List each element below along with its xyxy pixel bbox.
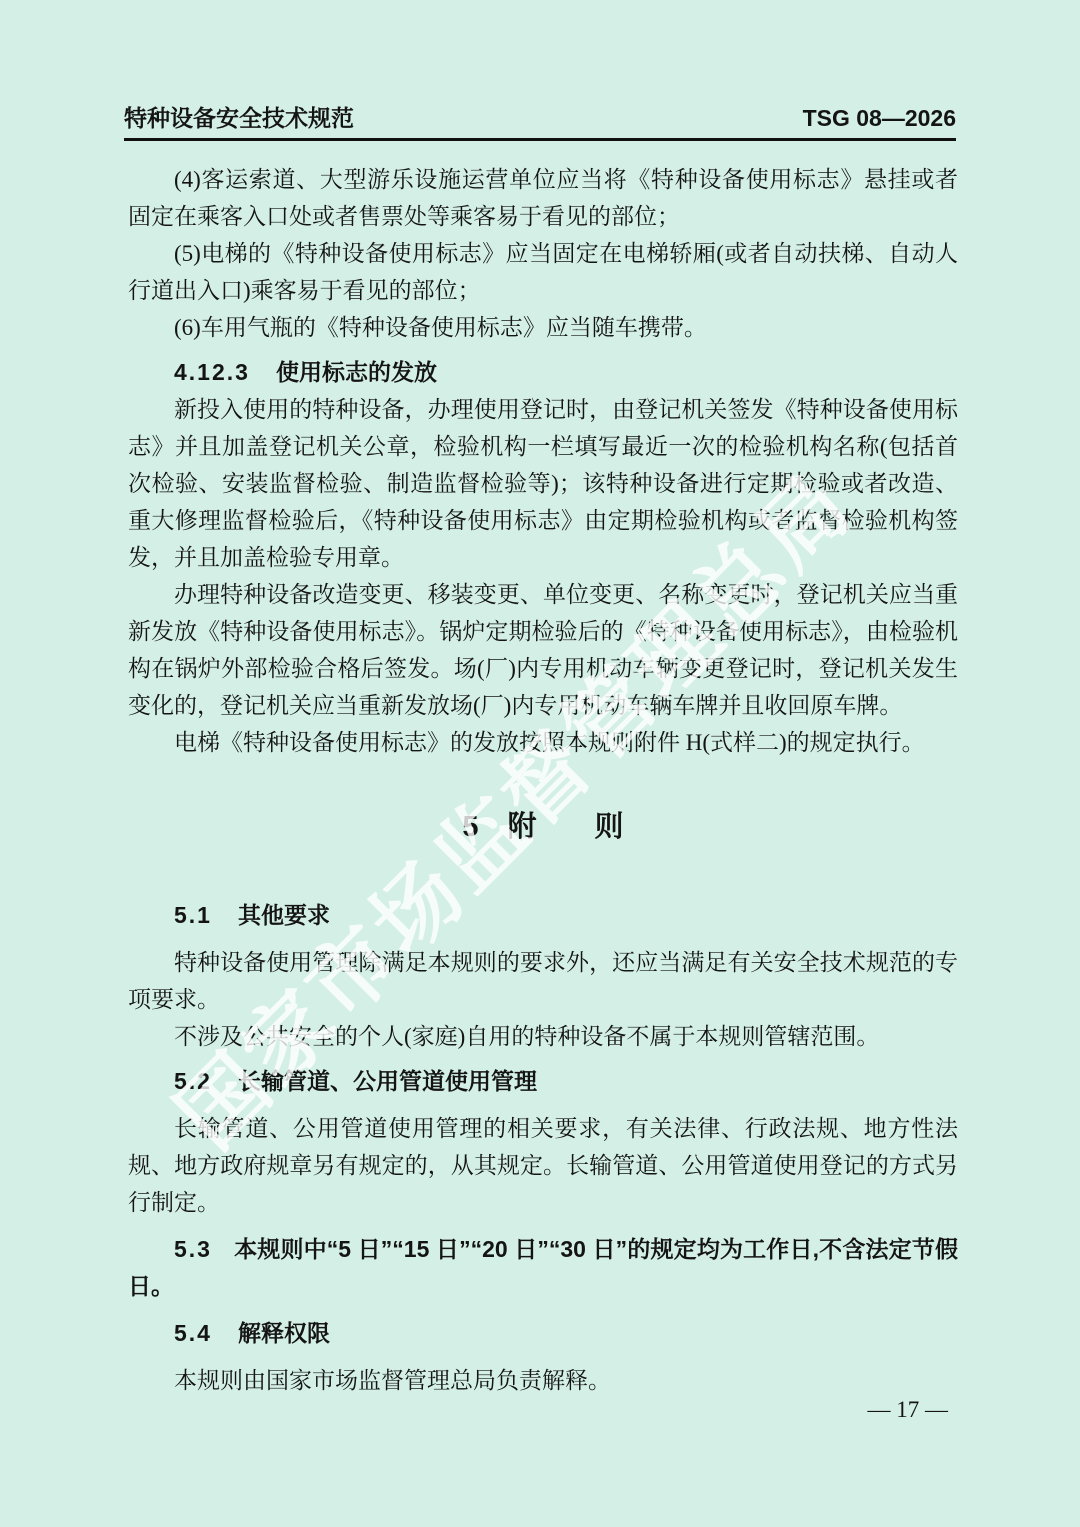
- section-title: 解释权限: [238, 1320, 330, 1346]
- page-header: 特种设备安全技术规范 TSG 08—2026: [124, 104, 956, 132]
- paragraph: 新投入使用的特种设备，办理使用登记时，由登记机关签发《特种设备使用标志》并且加盖…: [128, 391, 958, 576]
- paragraph: 长输管道、公用管道使用管理的相关要求，有关法律、行政法规、地方性法规、地方政府规…: [128, 1110, 958, 1221]
- document-body: (4)客运索道、大型游乐设施运营单位应当将《特种设备使用标志》悬挂或者固定在乘客…: [128, 161, 958, 1399]
- section-heading-5-1: 5.1其他要求: [128, 897, 958, 934]
- paragraph: 本规则由国家市场监督管理总局负责解释。: [128, 1362, 958, 1399]
- header-title: 特种设备安全技术规范: [124, 104, 354, 132]
- section-title: 使用标志的发放: [276, 359, 437, 385]
- document-page: 特种设备安全技术规范 TSG 08—2026 (4)客运索道、大型游乐设施运营单…: [0, 0, 1080, 1527]
- section-number: 4.12.3: [174, 359, 250, 385]
- section-number: 5.1: [174, 902, 212, 928]
- clause-5-3: 5.3本规则中“5 日”“15 日”“20 日”“30 日”的规定均为工作日,不…: [128, 1231, 958, 1305]
- paragraph: 电梯《特种设备使用标志》的发放按照本规则附件 H(式样二)的规定执行。: [128, 724, 958, 761]
- section-number: 5.4: [174, 1320, 212, 1346]
- chapter-heading-5: 5 附 则: [128, 807, 958, 847]
- list-item-6: (6)车用气瓶的《特种设备使用标志》应当随车携带。: [128, 309, 958, 346]
- header-doc-code: TSG 08—2026: [803, 104, 956, 132]
- paragraph: 办理特种设备改造变更、移装变更、单位变更、名称变更时，登记机关应当重新发放《特种…: [128, 576, 958, 724]
- paragraph: 不涉及公共安全的个人(家庭)自用的特种设备不属于本规则管辖范围。: [128, 1018, 958, 1055]
- section-number: 5.2: [174, 1068, 212, 1094]
- page-number: — 17 —: [868, 1396, 949, 1424]
- list-item-4: (4)客运索道、大型游乐设施运营单位应当将《特种设备使用标志》悬挂或者固定在乘客…: [128, 161, 958, 235]
- section-heading-5-4: 5.4解释权限: [128, 1315, 958, 1352]
- section-heading-4-12-3: 4.12.3使用标志的发放: [128, 354, 958, 391]
- clause-text: 本规则中“5 日”“15 日”“20 日”“30 日”的规定均为工作日,不含法定…: [128, 1236, 958, 1299]
- header-rule: [124, 138, 956, 141]
- list-item-5: (5)电梯的《特种设备使用标志》应当固定在电梯轿厢(或者自动扶梯、自动人行道出入…: [128, 235, 958, 309]
- section-title: 其他要求: [238, 902, 330, 928]
- paragraph: 特种设备使用管理除满足本规则的要求外，还应当满足有关安全技术规范的专项要求。: [128, 944, 958, 1018]
- section-heading-5-2: 5.2长输管道、公用管道使用管理: [128, 1063, 958, 1100]
- section-title: 长输管道、公用管道使用管理: [238, 1068, 537, 1094]
- section-number: 5.3: [174, 1236, 212, 1262]
